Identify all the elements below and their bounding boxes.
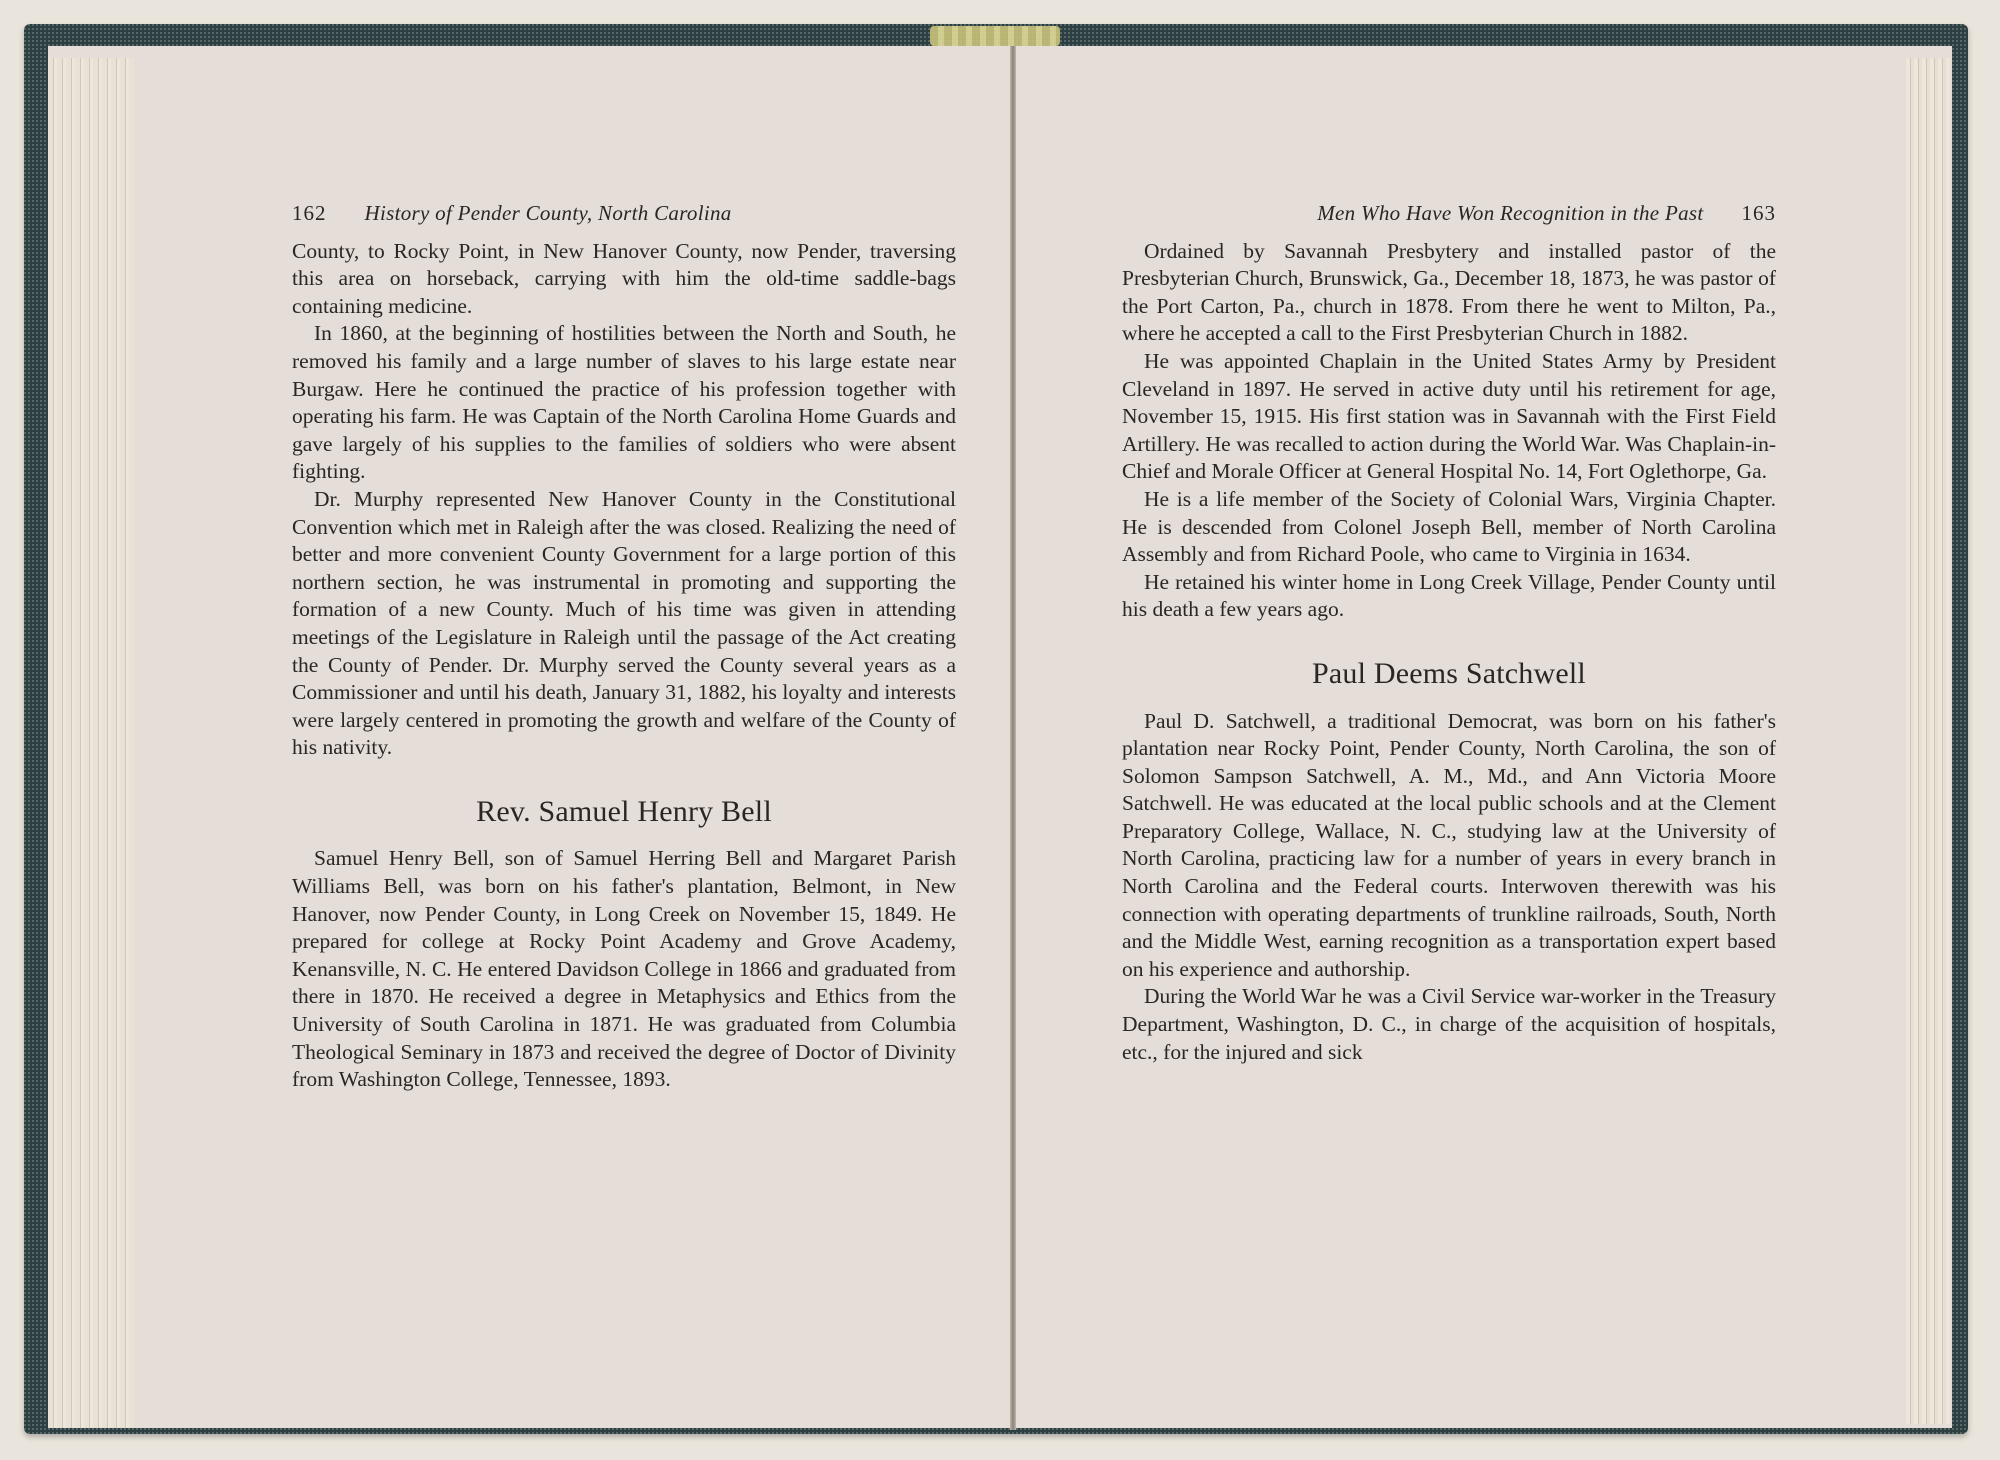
paragraph: He is a life member of the Society of Co… <box>1122 486 1776 569</box>
right-running-head: Men Who Have Won Recognition in the Past… <box>1122 200 1776 228</box>
running-title: Men Who Have Won Recognition in the Past <box>1317 200 1703 228</box>
paragraph: He was appointed Chaplain in the United … <box>1122 348 1776 486</box>
paragraph: He retained his winter home in Long Cree… <box>1122 569 1776 624</box>
book-gutter <box>1010 46 1016 1430</box>
paragraph: Samuel Henry Bell, son of Samuel Herring… <box>292 845 956 1093</box>
binding-thread <box>930 26 1060 46</box>
paragraph: Dr. Murphy represented New Hanover Count… <box>292 486 956 762</box>
left-running-head: 162 History of Pender County, North Caro… <box>292 200 956 228</box>
paragraph: County, to Rocky Point, in New Hanover C… <box>292 238 956 321</box>
page-number: 163 <box>1742 200 1777 228</box>
section-heading: Paul Deems Satchwell <box>1122 660 1776 688</box>
right-page: Men Who Have Won Recognition in the Past… <box>1014 46 1952 1428</box>
left-text-block: 162 History of Pender County, North Caro… <box>292 200 956 1094</box>
left-page: 162 History of Pender County, North Caro… <box>48 46 1014 1428</box>
page-number: 162 <box>292 200 327 228</box>
section-heading: Rev. Samuel Henry Bell <box>292 798 956 826</box>
page-edges-left <box>48 58 134 1428</box>
right-text-block: Men Who Have Won Recognition in the Past… <box>1122 200 1776 1066</box>
paragraph: Paul D. Satchwell, a traditional Democra… <box>1122 708 1776 984</box>
page-edges-right <box>1906 58 1950 1424</box>
paragraph: In 1860, at the beginning of hostilities… <box>292 320 956 486</box>
paragraph: Ordained by Savannah Presbytery and inst… <box>1122 238 1776 348</box>
paragraph: During the World War he was a Civil Serv… <box>1122 983 1776 1066</box>
running-title: History of Pender County, North Carolina <box>365 200 732 228</box>
